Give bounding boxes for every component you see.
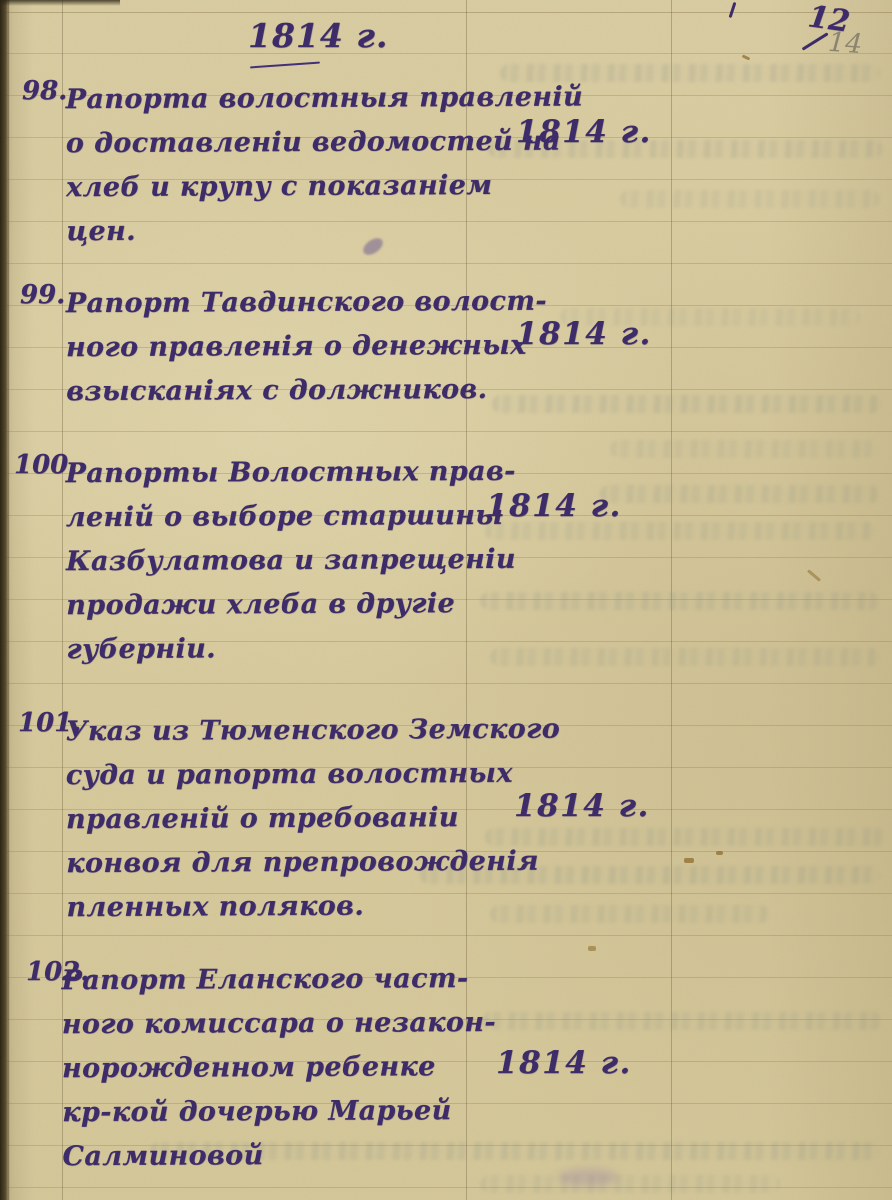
entry-text-line: правленій о требованіи — [66, 794, 892, 842]
entry-year: 1814 г. — [486, 488, 622, 524]
page-top-edge-shadow — [0, 0, 120, 6]
entry-text-line: хлеб и крупу с показаніем — [66, 162, 892, 210]
entry-text: Рапорт Тавдинского волост- ного правлені… — [66, 278, 892, 414]
entry-text-line: цен. — [66, 206, 892, 254]
entry-text: Указ из Тюменского Земского суда и рапор… — [65, 706, 892, 930]
entry-text-line: Указ из Тюменского Земского — [65, 706, 891, 754]
entry-year: 1814 г. — [496, 1045, 632, 1081]
register-entry-100: 100. Рапорты Волостных прав- леній о выб… — [0, 450, 892, 670]
ledger-page: 1814 г. 12 14 98. Рапорта волостныя прав… — [0, 0, 892, 1200]
entry-text-line: о доставленіи ведомостей на — [66, 118, 892, 166]
entry-text-line: Казбулатова и запрещеніи — [66, 536, 892, 584]
entry-number: 98. — [22, 76, 67, 106]
entry-text-line: леній о выборе старшины — [66, 492, 892, 540]
entry-text-line: норожденном ребенке — [62, 1043, 892, 1091]
entry-text: Рапорты Волостных прав- леній о выборе с… — [65, 448, 892, 672]
entry-text-line: суда и рапорта волостных — [66, 750, 892, 798]
rule-line-top — [0, 12, 892, 13]
page-header-year: 1814 г. — [248, 16, 388, 55]
entry-text-line: Рапорт Тавдинского волост- — [66, 278, 892, 326]
register-entry-98: 98. Рапорта волостныя правленій о достав… — [0, 76, 892, 252]
entry-year: 1814 г. — [516, 316, 652, 352]
entry-text-line: Рапорты Волостных прав- — [65, 448, 891, 496]
entry-year: 1814 г. — [514, 788, 650, 824]
register-entry-102: 102. Рапорт Еланского част- ного комисса… — [0, 957, 892, 1177]
page-number-pencil: 14 — [827, 27, 863, 60]
entry-text-line: Рапорта волостныя правленій — [66, 74, 892, 122]
entry-text-line: Салминовой — [62, 1131, 892, 1179]
entry-text-line: ного комиссара о незакон- — [62, 999, 892, 1047]
entry-text: Рапорт Еланского част- ного комиссара о … — [61, 955, 892, 1179]
register-entry-101: 101. Указ из Тюменского Земского суда и … — [0, 708, 892, 928]
entry-text-line: кр-кой дочерью Марьей — [62, 1087, 892, 1135]
paper-speck — [588, 946, 596, 951]
entry-text-line: продажи хлеба в другіе — [66, 580, 892, 628]
entry-number: 99. — [20, 280, 65, 310]
entry-text-line: взысканіях с должников. — [66, 366, 892, 414]
entry-text-line: конвоя для препровожденія — [66, 838, 892, 886]
register-entry-99: 99. Рапорт Тавдинского волост- ного прав… — [0, 280, 892, 412]
bleed-through-smudge — [480, 1175, 780, 1193]
entry-text-line: пленных поляков. — [66, 882, 892, 930]
entry-text: Рапорта волостныя правленій о доставлені… — [66, 74, 892, 254]
entry-text-line: ного правленія о денежных — [66, 322, 892, 370]
entry-text-line: губерніи. — [66, 624, 892, 672]
entry-year: 1814 г. — [516, 114, 652, 150]
entry-text-line: Рапорт Еланского част- — [61, 955, 891, 1003]
